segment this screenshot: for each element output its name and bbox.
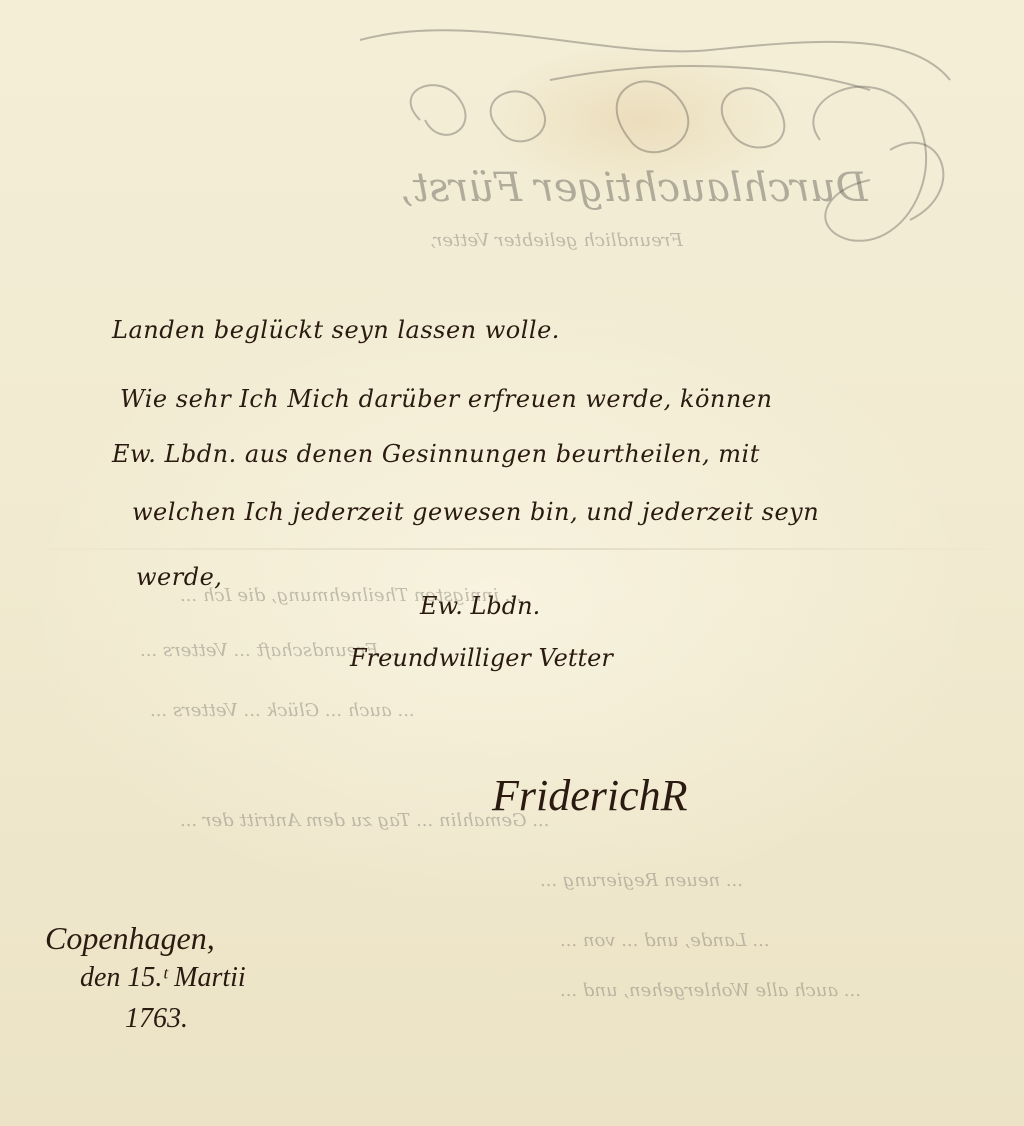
body-line-3: Ew. Lbdn. aus denen Gesinnungen beurthei…: [112, 440, 760, 468]
bleed-through-line: ... Lande, und ... von ...: [560, 930, 770, 951]
closing-salutation: Ew. Lbdn.: [420, 592, 540, 620]
body-line-2: Wie sehr Ich Mich darüber erfreuen werde…: [120, 385, 772, 413]
dateline-place: Copenhagen,: [45, 920, 215, 957]
dateline-day: den 15.ᵗ Martii: [80, 962, 246, 994]
dateline-year: 1763.: [125, 1003, 188, 1035]
signature: FriderichR: [492, 770, 688, 821]
bleed-through-line: ... auch alle Wohlergehen, und ...: [560, 980, 861, 1001]
body-line-1: Landen beglückt seyn lassen wolle.: [112, 316, 560, 344]
closing-valediction: Freundwilliger Vetter: [350, 644, 613, 672]
bleed-through-line: ... auch ... Glück ... Vetters ...: [150, 700, 415, 721]
letter-page: Durchlauchtiger Fürst, Freundlich gelieb…: [0, 0, 1024, 1126]
body-line-5: werde,: [136, 563, 222, 591]
paper-fold-crease: [0, 548, 1024, 550]
calligraphic-flourish-bleed-through: [350, 20, 960, 260]
bleed-through-header-line-2: Freundlich geliebter Vetter,: [430, 230, 683, 251]
body-line-4: welchen Ich jederzeit gewesen bin, und j…: [132, 498, 819, 526]
bleed-through-header-line-1: Durchlauchtiger Fürst,: [400, 165, 868, 211]
bleed-through-line: ... neuen Regierung ...: [540, 870, 743, 891]
